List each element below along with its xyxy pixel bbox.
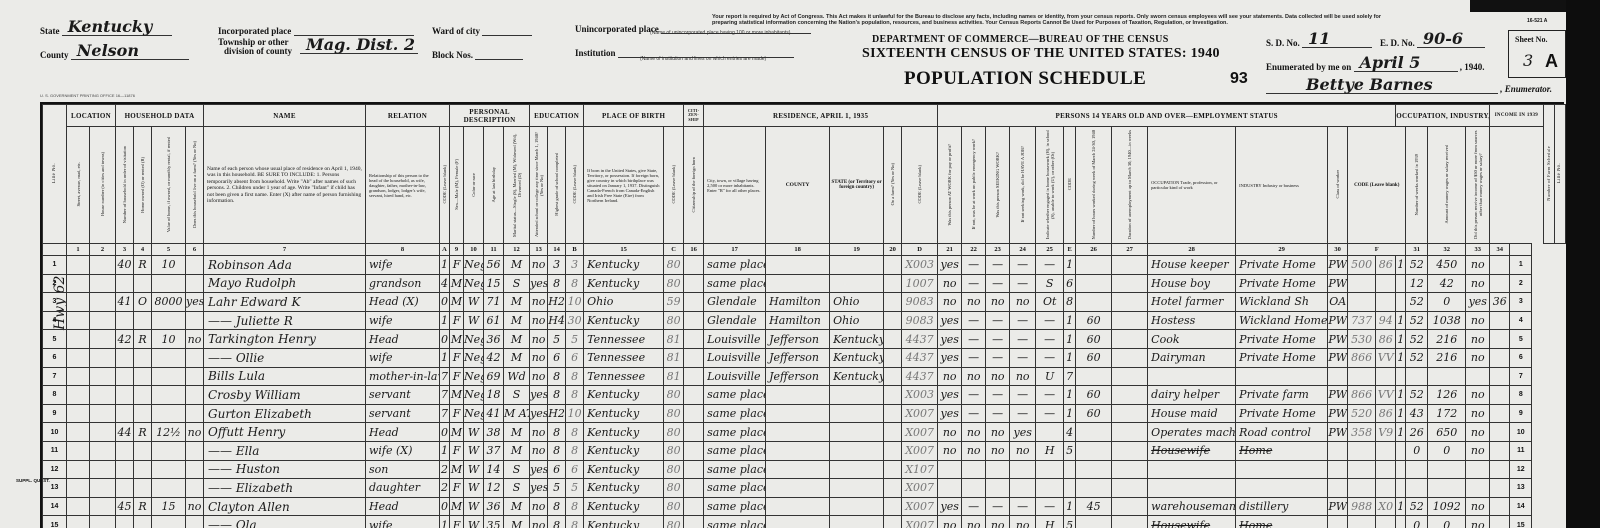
cell-c24: — [1010, 256, 1036, 275]
cell-class [1328, 441, 1348, 460]
cell-school: no [530, 516, 548, 528]
incorporated-place-field: Incorporated place [218, 20, 414, 36]
cell-industry: Wickland Sh [1236, 293, 1328, 312]
relation-column-instructions: Relationship of this person to the head … [366, 127, 440, 244]
cell-c24: no [1010, 367, 1036, 386]
cell-race: Neg [464, 274, 484, 293]
cell-race: W [464, 460, 484, 479]
cell-race: Neg [464, 386, 484, 405]
cell-value [152, 348, 186, 367]
cell-res-state [830, 386, 884, 405]
cell-grade: 8 [548, 497, 566, 516]
cell-res-city: same place [704, 497, 766, 516]
cell-c24: no [1010, 516, 1036, 528]
cell-code-a: 7 [440, 404, 450, 423]
cell-farm-sched [1490, 441, 1510, 460]
cell-res-city: same place [704, 423, 766, 442]
cell-age: 61 [484, 311, 504, 330]
cell-hh: 44 [116, 423, 134, 442]
cell-res-county: Jefferson [766, 330, 830, 349]
cell-street [67, 423, 90, 442]
cell-farm [186, 386, 204, 405]
cell-c21: yes [938, 330, 962, 349]
cell-name: —— Elizabeth [204, 479, 366, 498]
cell-hh [116, 441, 134, 460]
cell-relation: servant [366, 386, 440, 405]
stamp-number: 93 [1230, 70, 1248, 88]
state-field: State Kentucky [40, 20, 172, 36]
cell-line-r: 12 [1510, 460, 1532, 479]
cell-school: no [530, 367, 548, 386]
cell-own [134, 274, 152, 293]
cell-name: Tarkington Henry [204, 330, 366, 349]
cell-class: PW [1328, 386, 1348, 405]
cell-c21: no [938, 516, 962, 528]
cell-other-income [1466, 479, 1490, 498]
cell-line-r: 1 [1510, 256, 1532, 275]
cell-industry: Private Home [1236, 330, 1328, 349]
cell-code-b: 8 [566, 386, 584, 405]
cell-code-f2 [1376, 441, 1396, 460]
cell-industry: Private Home [1236, 256, 1328, 275]
cell-marital: S [504, 386, 530, 405]
cell-marital: S [504, 460, 530, 479]
cell-c22: — [962, 386, 986, 405]
cell-class: PW [1328, 497, 1348, 516]
cell-code-a: 1 [440, 441, 450, 460]
cell-occupation [1148, 367, 1236, 386]
cell-code-b: 6 [566, 460, 584, 479]
cell-code-d: 1007 [902, 274, 938, 293]
cell-res-city: Glendale [704, 293, 766, 312]
cell-line: 5 [43, 330, 67, 349]
cell-race: Neg [464, 330, 484, 349]
cell-name: Bills Lula [204, 367, 366, 386]
cell-own [134, 386, 152, 405]
cell-wages [1428, 367, 1466, 386]
cell-farm [186, 348, 204, 367]
cell-code-f3: 1 [1396, 256, 1406, 275]
cell-street [67, 367, 90, 386]
confidentiality-notice: Your report is required by Act of Congre… [712, 14, 1402, 26]
cell-value [152, 274, 186, 293]
cell-code-f2: 86 [1376, 404, 1396, 423]
cell-grade: 5 [548, 479, 566, 498]
cell-grade: 8 [548, 274, 566, 293]
cell-code-a: 1 [440, 348, 450, 367]
sd-number-field: S. D. No. 11 [1266, 32, 1372, 48]
cell-cit [684, 274, 704, 293]
cell-c23: — [986, 348, 1010, 367]
cell-marital: Wd [504, 367, 530, 386]
cell-c22 [962, 479, 986, 498]
cell-res-city: same place [704, 404, 766, 423]
cell-industry [1236, 367, 1328, 386]
cell-res-county [766, 423, 830, 442]
cell-unemp [1112, 423, 1148, 442]
cell-marital: M [504, 441, 530, 460]
cell-code-f1: 866 [1348, 348, 1376, 367]
cell-birth: Tennessee [584, 367, 664, 386]
cell-code-b: 10 [566, 293, 584, 312]
cell-c25: — [1036, 386, 1064, 405]
cell-c24 [1010, 460, 1036, 479]
cell-code-d: X007 [902, 479, 938, 498]
cell-birth: Tennessee [584, 348, 664, 367]
cell-occupation: House maid [1148, 404, 1236, 423]
cell-industry: Private Home [1236, 348, 1328, 367]
cell-cit [684, 330, 704, 349]
scan-edge-top [1470, 0, 1566, 12]
cell-value [152, 441, 186, 460]
cell-code-f1 [1348, 441, 1376, 460]
cell-weeks: 52 [1406, 497, 1428, 516]
cell-school: no [530, 497, 548, 516]
cell-line: 4 [43, 311, 67, 330]
cell-line-r: 3 [1510, 293, 1532, 312]
cell-value [152, 479, 186, 498]
cell-c21: no [938, 423, 962, 442]
cell-grade: 8 [548, 516, 566, 528]
cell-name: —— Juliette R [204, 311, 366, 330]
table-row: 1044R12½noOffutt HenryHead0MW38Mno88Kent… [43, 423, 1566, 442]
cell-sex: F [450, 479, 464, 498]
cell-res-farm [884, 274, 902, 293]
cell-farm [186, 256, 204, 275]
cell-house [90, 423, 116, 442]
cell-c21: no [938, 367, 962, 386]
cell-street [67, 497, 90, 516]
ed-number-field: E. D. No. 90-6 [1380, 32, 1485, 48]
cell-code-f2 [1376, 274, 1396, 293]
cell-c25: — [1036, 348, 1064, 367]
cell-school: yes [530, 404, 548, 423]
cell-code-d: 4437 [902, 348, 938, 367]
cell-code-c: 80 [664, 460, 684, 479]
cell-relation: wife [366, 256, 440, 275]
cell-age: 14 [484, 460, 504, 479]
cell-weeks: 52 [1406, 348, 1428, 367]
cell-street [67, 311, 90, 330]
cell-hours [1076, 293, 1112, 312]
cell-farm-sched: 36 [1490, 293, 1510, 312]
cell-code-b: 6 [566, 348, 584, 367]
cell-grade: 3 [548, 256, 566, 275]
cell-unemp [1112, 274, 1148, 293]
cell-age: 38 [484, 423, 504, 442]
cell-own [134, 311, 152, 330]
cell-class [1328, 460, 1348, 479]
cell-code-d: X003 [902, 386, 938, 405]
cell-weeks: 0 [1406, 516, 1428, 528]
cell-code-e: 5 [1064, 516, 1076, 528]
cell-marital: M [504, 497, 530, 516]
cell-unemp [1112, 367, 1148, 386]
cell-line-r: 11 [1510, 441, 1532, 460]
cell-house [90, 460, 116, 479]
cell-industry: Private Home [1236, 274, 1328, 293]
cell-code-b: 8 [566, 367, 584, 386]
cell-value [152, 386, 186, 405]
cell-hh [116, 516, 134, 528]
cell-marital: M AT [504, 404, 530, 423]
cell-grade: 8 [548, 386, 566, 405]
cell-code-f2 [1376, 293, 1396, 312]
column-number-row: 1 2 3 4 5 6 7 8 A 9 10 11 12 13 14 B 15 [43, 244, 1566, 256]
cell-line: 6 [43, 348, 67, 367]
cell-farm-sched [1490, 460, 1510, 479]
cell-wages: 216 [1428, 348, 1466, 367]
cell-c22: no [962, 516, 986, 528]
cell-wages: 1092 [1428, 497, 1466, 516]
cell-hh: 41 [116, 293, 134, 312]
cell-c23: — [986, 497, 1010, 516]
cell-c25: — [1036, 497, 1064, 516]
employment-group-header: PERSONS 14 YEARS OLD AND OVER—EMPLOYMENT… [938, 105, 1396, 127]
cell-code-d: 4437 [902, 367, 938, 386]
cell-relation: Head (X) [366, 293, 440, 312]
cell-res-city: same place [704, 274, 766, 293]
cell-own: R [134, 256, 152, 275]
cell-res-state: Kentucky [830, 330, 884, 349]
cell-res-county [766, 460, 830, 479]
cell-wages: 216 [1428, 330, 1466, 349]
cell-class: PW [1328, 311, 1348, 330]
cell-code-a: 4 [440, 274, 450, 293]
cell-street [67, 479, 90, 498]
cell-farm [186, 311, 204, 330]
cell-hh: 42 [116, 330, 134, 349]
population-schedule-table: Line No. LOCATION HOUSEHOLD DATA NAME RE… [40, 102, 1564, 528]
cell-res-farm [884, 404, 902, 423]
cell-own [134, 441, 152, 460]
cell-cit [684, 441, 704, 460]
cell-res-farm [884, 460, 902, 479]
cell-street [67, 386, 90, 405]
cell-class: OA [1328, 293, 1348, 312]
location-group-header: LOCATION [67, 105, 116, 127]
cell-farm-sched [1490, 367, 1510, 386]
cell-age: 12 [484, 479, 504, 498]
cell-marital: M [504, 311, 530, 330]
cell-own [134, 404, 152, 423]
cell-line-r: 4 [1510, 311, 1532, 330]
cell-name: Mayo Rudolph [204, 274, 366, 293]
cell-grade: H4 [548, 311, 566, 330]
cell-value [152, 311, 186, 330]
cell-res-state: Kentucky [830, 367, 884, 386]
cell-c23: — [986, 404, 1010, 423]
cell-c23: — [986, 330, 1010, 349]
cell-code-d: 9083 [902, 311, 938, 330]
cell-farm: no [186, 497, 204, 516]
cell-hours: 60 [1076, 330, 1112, 349]
cell-hours [1076, 460, 1112, 479]
cell-hours [1076, 516, 1112, 528]
cell-own [134, 367, 152, 386]
cell-street [67, 256, 90, 275]
cell-name: Clayton Allen [204, 497, 366, 516]
cell-other-income: no [1466, 386, 1490, 405]
cell-own [134, 479, 152, 498]
cell-code-b: 8 [566, 497, 584, 516]
cell-relation: mother-in-law [366, 367, 440, 386]
cell-res-state [830, 497, 884, 516]
cell-res-farm [884, 311, 902, 330]
cell-line: 11 [43, 441, 67, 460]
cell-code-d: X007 [902, 404, 938, 423]
cell-sex: F [450, 348, 464, 367]
cell-birth: Ohio [584, 293, 664, 312]
cell-class: PW [1328, 404, 1348, 423]
cell-other-income: no [1466, 423, 1490, 442]
cell-other-income: no [1466, 516, 1490, 528]
cell-c22: — [962, 256, 986, 275]
ed-number: 90-6 [1423, 29, 1463, 48]
cell-code-f2: VV [1376, 348, 1396, 367]
cell-code-c: 80 [664, 479, 684, 498]
cell-wages [1428, 460, 1466, 479]
cell-line-r: 6 [1510, 348, 1532, 367]
cell-farm-sched [1490, 256, 1510, 275]
cell-res-county [766, 274, 830, 293]
cell-marital: M [504, 423, 530, 442]
cell-industry: distillery [1236, 497, 1328, 516]
township-value: Mag. Dist. 2 [306, 35, 415, 54]
schedule-title: POPULATION SCHEDULE [904, 68, 1146, 90]
cell-code-f1: 988 [1348, 497, 1376, 516]
cell-line: 15 [43, 516, 67, 528]
cell-grade: 8 [548, 423, 566, 442]
cell-relation: son [366, 460, 440, 479]
cell-other-income: yes [1466, 293, 1490, 312]
cell-code-f2: 86 [1376, 330, 1396, 349]
cell-code-e: 1 [1064, 330, 1076, 349]
cell-code-e: 7 [1064, 367, 1076, 386]
cell-name: Crosby William [204, 386, 366, 405]
cell-code-d: X007 [902, 497, 938, 516]
cell-unemp [1112, 293, 1148, 312]
cell-industry [1236, 460, 1328, 479]
cell-c21 [938, 479, 962, 498]
county-field: County Nelson [40, 44, 189, 60]
cell-hours: 60 [1076, 386, 1112, 405]
cell-relation: servant [366, 404, 440, 423]
cell-value [152, 516, 186, 528]
cell-code-b: 8 [566, 516, 584, 528]
cell-relation: Head [366, 423, 440, 442]
census-sheet: Your report is required by Act of Congre… [0, 0, 1566, 528]
cell-code-e: 1 [1064, 256, 1076, 275]
cell-unemp [1112, 404, 1148, 423]
cell-weeks: 0 [1406, 441, 1428, 460]
cell-birth: Kentucky [584, 311, 664, 330]
cell-school: yes [530, 460, 548, 479]
cell-sex: M [450, 330, 464, 349]
cell-industry [1236, 479, 1328, 498]
cell-c25: — [1036, 330, 1064, 349]
cell-industry: Private Home [1236, 404, 1328, 423]
cell-farm-sched [1490, 274, 1510, 293]
cell-cit [684, 516, 704, 528]
cell-unemp [1112, 516, 1148, 528]
table-row: 1445R15noClayton AllenHead0MW36Mno88Kent… [43, 497, 1566, 516]
cell-c21: yes [938, 497, 962, 516]
cell-line: 1 [43, 256, 67, 275]
column-description-row: Street, avenue, road, etc. House number … [43, 127, 1566, 244]
cell-class [1328, 479, 1348, 498]
cell-other-income: no [1466, 330, 1490, 349]
cell-code-b: 8 [566, 441, 584, 460]
cell-house [90, 256, 116, 275]
cell-school: no [530, 256, 548, 275]
cell-school: yes [530, 274, 548, 293]
cell-res-farm [884, 293, 902, 312]
income-group-header: INCOME IN 1939 [1490, 105, 1543, 127]
cell-c24: — [1010, 386, 1036, 405]
cell-cit [684, 497, 704, 516]
cell-code-f1 [1348, 460, 1376, 479]
cell-class [1328, 367, 1348, 386]
cell-res-county [766, 516, 830, 528]
cell-value [152, 460, 186, 479]
cell-line-r: 8 [1510, 386, 1532, 405]
cell-code-e: 8 [1064, 293, 1076, 312]
cell-birth: Kentucky [584, 256, 664, 275]
cell-sex: F [450, 256, 464, 275]
cell-farm-sched [1490, 516, 1510, 528]
state-value: Kentucky [68, 17, 153, 36]
table-row: 140R10Robinson Adawife1FNeg56Mno33Kentuc… [43, 256, 1566, 275]
cell-c23: no [986, 516, 1010, 528]
cell-unemp [1112, 348, 1148, 367]
cell-c25: U [1036, 367, 1064, 386]
cell-house [90, 441, 116, 460]
cell-occupation: Housewife [1148, 516, 1236, 528]
cell-farm [186, 274, 204, 293]
cell-other-income: no [1466, 311, 1490, 330]
cell-industry: Private farm [1236, 386, 1328, 405]
cell-line: 7 [43, 367, 67, 386]
cell-unemp [1112, 386, 1148, 405]
cell-other-income: no [1466, 441, 1490, 460]
cell-school: no [530, 293, 548, 312]
cell-c21: yes [938, 348, 962, 367]
cell-code-f2: 86 [1376, 256, 1396, 275]
cell-code-a: 0 [440, 423, 450, 442]
cell-grade: 8 [548, 367, 566, 386]
cell-res-city: Louisville [704, 330, 766, 349]
cell-hours [1076, 256, 1112, 275]
cell-house [90, 404, 116, 423]
cell-age: 41 [484, 404, 504, 423]
cell-value [152, 404, 186, 423]
cell-wages: 1038 [1428, 311, 1466, 330]
cell-res-county [766, 497, 830, 516]
cell-c25: — [1036, 256, 1064, 275]
cell-class: PW [1328, 423, 1348, 442]
cell-line: 8 [43, 386, 67, 405]
cell-street [67, 348, 90, 367]
cell-farm-sched [1490, 497, 1510, 516]
cell-res-state [830, 256, 884, 275]
cell-code-c: 80 [664, 423, 684, 442]
cell-occupation: House keeper [1148, 256, 1236, 275]
cell-code-e: 5 [1064, 441, 1076, 460]
cell-name: —— Huston [204, 460, 366, 479]
enumeration-date-field: Enumerated by me on April 5 , 1940. [1266, 56, 1485, 72]
citizenship-group-header: CITI-ZEN-SHIP [684, 105, 704, 127]
